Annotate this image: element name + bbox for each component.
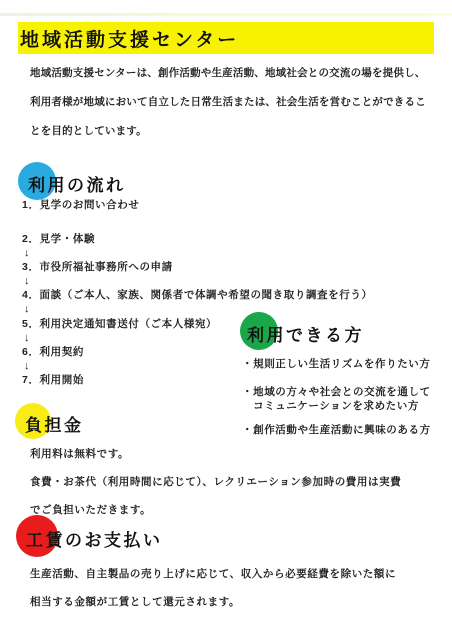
- flow-step: 6．利用契約: [22, 344, 84, 359]
- flow-step: 3．市役所福祉事務所への申請: [22, 259, 173, 274]
- flow-step: 2．見学・体験: [22, 231, 95, 246]
- flow-step: 7．利用開始: [22, 372, 84, 387]
- flow-down-arrow-icon: ↓: [24, 275, 30, 287]
- flow-step: 4．面談（ご本人、家族、関係者で体調や希望の聞き取り調査を行う）: [22, 287, 373, 302]
- wages-section-heading: 工賃のお支払い: [26, 526, 163, 551]
- flow-down-arrow-icon: ↓: [24, 332, 30, 344]
- eligible-bullet: ・地域の方々や社会との交流を通して: [242, 384, 431, 399]
- page-title-highlight: 地域活動支援センター: [18, 22, 434, 54]
- eligible-section-heading: 利用できる方: [247, 321, 364, 346]
- document-page: 地域活動支援センター 地域活動支援センターは、創作活動や生産活動、地域社会との交…: [0, 0, 452, 640]
- intro-line: とを目的としています。: [30, 123, 147, 138]
- flow-down-arrow-icon: ↓: [24, 247, 30, 259]
- fees-line: でご負担いただきます。: [30, 502, 151, 517]
- eligible-bullet-continuation: コミュニケーションを求めたい方: [242, 398, 419, 413]
- scan-artifact-line: [0, 13, 452, 16]
- flow-down-arrow-icon: ↓: [24, 360, 30, 372]
- fees-line: 食費・お茶代（利用時間に応じて）、レクリエーション参加時の費用は実費: [30, 474, 401, 489]
- eligible-bullet: ・創作活動や生産活動に興味のある方: [242, 422, 431, 437]
- flow-down-arrow-icon: ↓: [24, 303, 30, 315]
- eligible-bullet: ・規則正しい生活リズムを作りたい方: [242, 356, 431, 371]
- intro-line: 地域活動支援センターは、創作活動や生産活動、地域社会との交流の場を提供し、: [30, 65, 425, 80]
- fees-line: 利用料は無料です。: [30, 446, 129, 461]
- flow-section-heading: 利用の流れ: [28, 171, 126, 196]
- flow-step: 5．利用決定通知書送付（ご本人様宛）: [22, 316, 217, 331]
- intro-line: 利用者様が地域において自立した日常生活または、社会生活を営むことができるこ: [30, 94, 426, 109]
- wages-line: 生産活動、自主製品の売り上げに応じて、収入から必要経費を除いた額に: [30, 566, 396, 581]
- wages-line: 相当する金額が工賃として還元されます。: [30, 594, 240, 609]
- page-title: 地域活動支援センター: [18, 25, 239, 52]
- fees-section-heading: 負担金: [25, 411, 84, 436]
